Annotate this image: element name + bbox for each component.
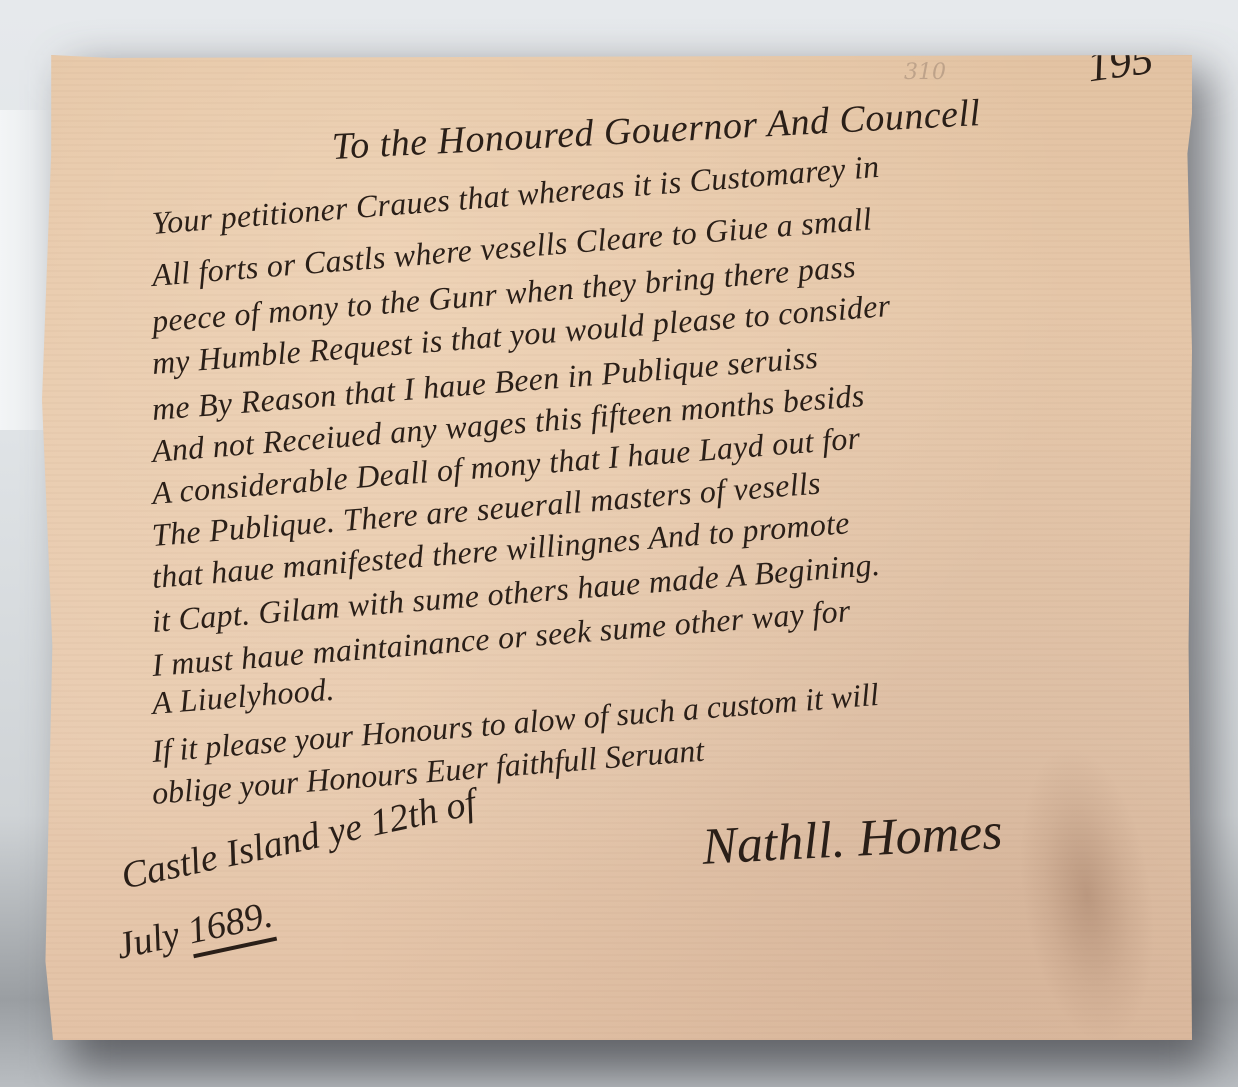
ink-stain: [1002, 737, 1172, 1052]
folio-number: 195: [1084, 33, 1156, 93]
date-month: July: [113, 913, 184, 967]
salutation-heading: To the Honoured Gouernor And Councell: [331, 91, 982, 169]
document-page: 310 195 To the Honoured Gouernor And Cou…: [42, 55, 1192, 1040]
date-year: 1689.: [184, 894, 278, 959]
pencil-folio-number: 310: [904, 60, 946, 85]
signature: Nathll. Homes: [701, 802, 1004, 877]
date-month-year: July 1689.: [112, 893, 276, 969]
